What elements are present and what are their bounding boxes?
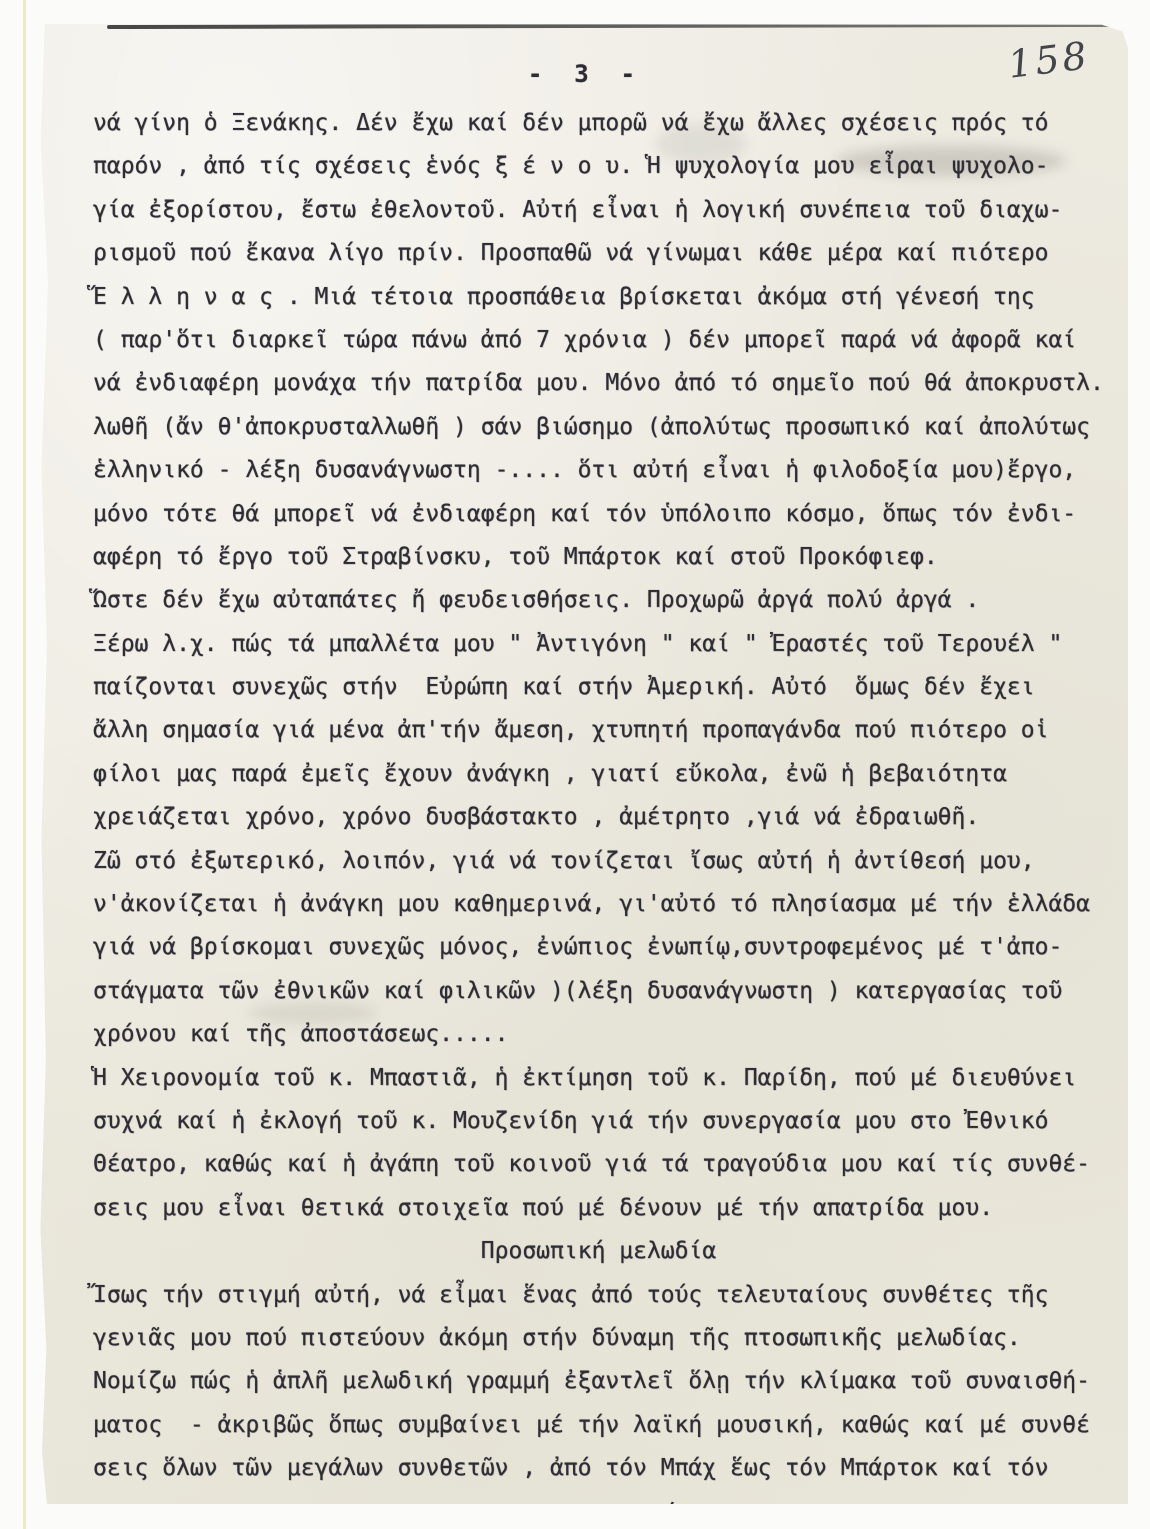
- text-line: γενιᾶς μου πού πιστεύουν ἀκόμη στήν δύνα…: [93, 1317, 1104, 1360]
- text-line: χρειάζεται χρόνο, χρόνο δυσβάστακτο , ἀμ…: [93, 796, 1104, 839]
- text-line: Νομίζω πώς ἡ ἁπλῆ μελωδική γραμμή ἐξαντλ…: [93, 1360, 1104, 1403]
- text-line: Ἴσως τήν στιγμή αὐτή, νά εἶμαι ἕνας ἀπό …: [93, 1274, 1104, 1317]
- text-line: ρισμοῦ πού ἔκανα λίγο πρίν. Προσπαθῶ νά …: [93, 232, 1104, 275]
- text-line: ν'ἀκονίζεται ἡ ἀνάγκη μου καθημερινά, γι…: [93, 883, 1104, 926]
- text-line: παίζονται συνεχῶς στήν Εὐρώπη καί στήν Ἀ…: [93, 666, 1104, 709]
- typewritten-text-block: νά γίνη ὁ Ξενάκης. Δέν ἔχω καί δέν μπορῶ…: [93, 102, 1104, 1504]
- text-line: σεις ὅλων τῶν μεγάλων συνθετῶν , ἀπό τόν…: [93, 1447, 1104, 1490]
- text-line: λωθῆ (ἄν θ'ἀποκρυσταλλωθῆ ) σάν βιώσημο …: [93, 406, 1104, 449]
- text-line: Θέατρο, καθώς καί ἡ ἀγάπη τοῦ κοινοῦ γιά…: [93, 1143, 1104, 1186]
- text-line: συχνά καί ἡ ἐκλογή τοῦ κ. Μουζενίδη γιά …: [93, 1100, 1104, 1143]
- text-line: ( παρ'ὅτι διαρκεῖ τώρα πάνω ἀπό 7 χρόνια…: [93, 319, 1104, 362]
- continuation-mark: ./.: [163, 1491, 1128, 1505]
- text-line: στάγματα τῶν ἐθνικῶν καί φιλικῶν )(λέξη …: [93, 970, 1104, 1013]
- text-line: ἄλλη σημασία γιά μένα ἀπ'τήν ἄμεση, χτυπ…: [93, 709, 1104, 752]
- text-line: σεις μου εἶναι θετικά στοιχεῖα πού μέ δέ…: [93, 1187, 1104, 1230]
- text-line: ματος - ἀκριβῶς ὅπως συμβαίνει μέ τήν λα…: [93, 1404, 1104, 1447]
- text-line: Ζῶ στό ἐξωτερικό, λοιπόν, γιά νά τονίζετ…: [93, 840, 1104, 883]
- text-line: Ὥστε δέν ἔχω αὐταπάτες ἤ φευδεισθήσεις. …: [93, 579, 1104, 622]
- text-line: Ἡ Χειρονομία τοῦ κ. Μπαστιᾶ, ἡ ἐκτίμηση …: [93, 1057, 1104, 1100]
- page-number: - 3 -: [36, 60, 1128, 88]
- section-heading: Προσωπική μελωδία: [93, 1230, 1104, 1273]
- text-line: παρόν , ἀπό τίς σχέσεις ἑνός ξ έ ν ο υ. …: [93, 145, 1104, 188]
- scanner-edge-line: [23, 0, 26, 1529]
- text-line: χρόνου καί τῆς ἀποστάσεως.....: [93, 1013, 1104, 1056]
- text-line: φίλοι μας παρά ἐμεῖς ἔχουν ἀνάγκη , γιατ…: [93, 753, 1104, 796]
- text-line: μόνο τότε θά μπορεῖ νά ἐνδιαφέρη καί τόν…: [93, 493, 1104, 536]
- document-page: 158 - 3 - νά γίνη ὁ Ξενάκης. Δέν ἔχω καί…: [36, 24, 1128, 1504]
- text-line: νά ἐνδιαφέρη μονάχα τήν πατρίδα μου. Μόν…: [93, 362, 1104, 405]
- scan-top-edge: [107, 24, 1128, 29]
- text-line: γία ἐξορίστου, ἔστω ἐθελοντοῦ. Αὐτή εἶνα…: [93, 189, 1104, 232]
- text-line: Ξέρω λ.χ. πώς τά μπαλλέτα μου " Ἀντιγόνη…: [93, 623, 1104, 666]
- text-line: αφέρη τό ἔργο τοῦ Στραβίνσκυ, τοῦ Μπάρτο…: [93, 536, 1104, 579]
- text-line: νά γίνη ὁ Ξενάκης. Δέν ἔχω καί δέν μπορῶ…: [93, 102, 1104, 145]
- text-line: γιά νά βρίσκομαι συνεχῶς μόνος, ἐνώπιος …: [93, 926, 1104, 969]
- text-line: Ἕ λ λ η ν α ς . Μιά τέτοια προσπάθεια βρ…: [93, 276, 1104, 319]
- text-line: ἑλληνικό - λέξη δυσανάγνωστη -.... ὅτι α…: [93, 449, 1104, 492]
